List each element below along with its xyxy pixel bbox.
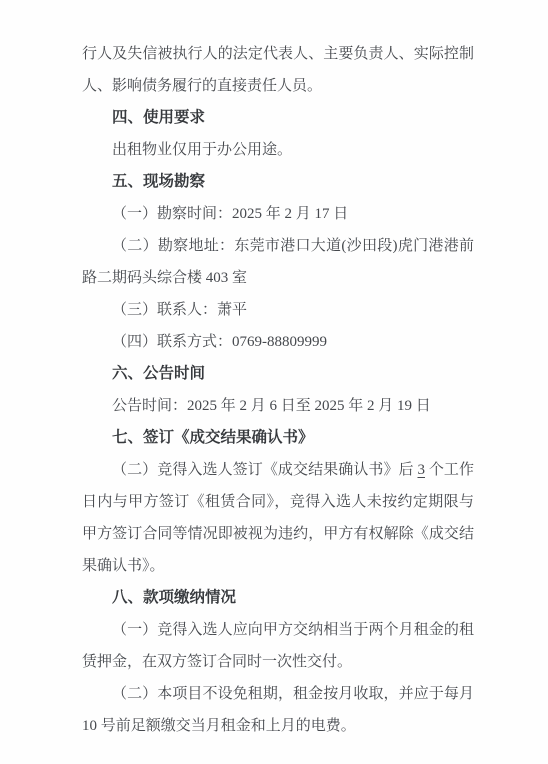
paragraph: （二）勘察地址：东莞市港口大道(沙田段)虎门港港前路二期码头综合楼 403 室 — [82, 230, 474, 294]
paragraph: （二）竞得入选人签订《成交结果确认书》后 3 个工作日内与甲方签订《租赁合同》，… — [82, 454, 474, 582]
document-content: 行人及失信被执行人的法定代表人、主要负责人、实际控制人、影响债务履行的直接责任人… — [82, 38, 474, 742]
section-heading: 七、签订《成交结果确认书》 — [82, 422, 474, 454]
paragraph: （二）本项目不设免租期，租金按月收取，并应于每月 10 号前足额缴交当月租金和上… — [82, 678, 474, 742]
paragraph: （三）联系人：萧平 — [82, 294, 474, 326]
text-run: 个工作日内与甲方签订《租赁合同》，竞得入选人未按约定期限与甲方签订合同等情况即被… — [82, 462, 474, 574]
section-heading: 六、公告时间 — [82, 358, 474, 390]
paragraph: 公告时间：2025 年 2 月 6 日至 2025 年 2 月 19 日 — [82, 390, 474, 422]
paragraph: （一）竞得入选人应向甲方交纳相当于两个月租金的租赁押金，在双方签订合同时一次性交… — [82, 614, 474, 678]
section-heading: 四、使用要求 — [82, 102, 474, 134]
section-heading: 五、现场勘察 — [82, 166, 474, 198]
paragraph: （四）联系方式：0769-88809999 — [82, 326, 474, 358]
underlined-text: 3 — [417, 462, 425, 478]
document-page: 行人及失信被执行人的法定代表人、主要负责人、实际控制人、影响债务履行的直接责任人… — [0, 0, 548, 764]
paragraph: （一）勘察时间：2025 年 2 月 17 日 — [82, 198, 474, 230]
paragraph: 出租物业仅用于办公用途。 — [82, 134, 474, 166]
paragraph: 行人及失信被执行人的法定代表人、主要负责人、实际控制人、影响债务履行的直接责任人… — [82, 38, 474, 102]
section-heading: 八、款项缴纳情况 — [82, 582, 474, 614]
text-run: （二）竞得入选人签订《成交结果确认书》后 — [112, 462, 417, 478]
